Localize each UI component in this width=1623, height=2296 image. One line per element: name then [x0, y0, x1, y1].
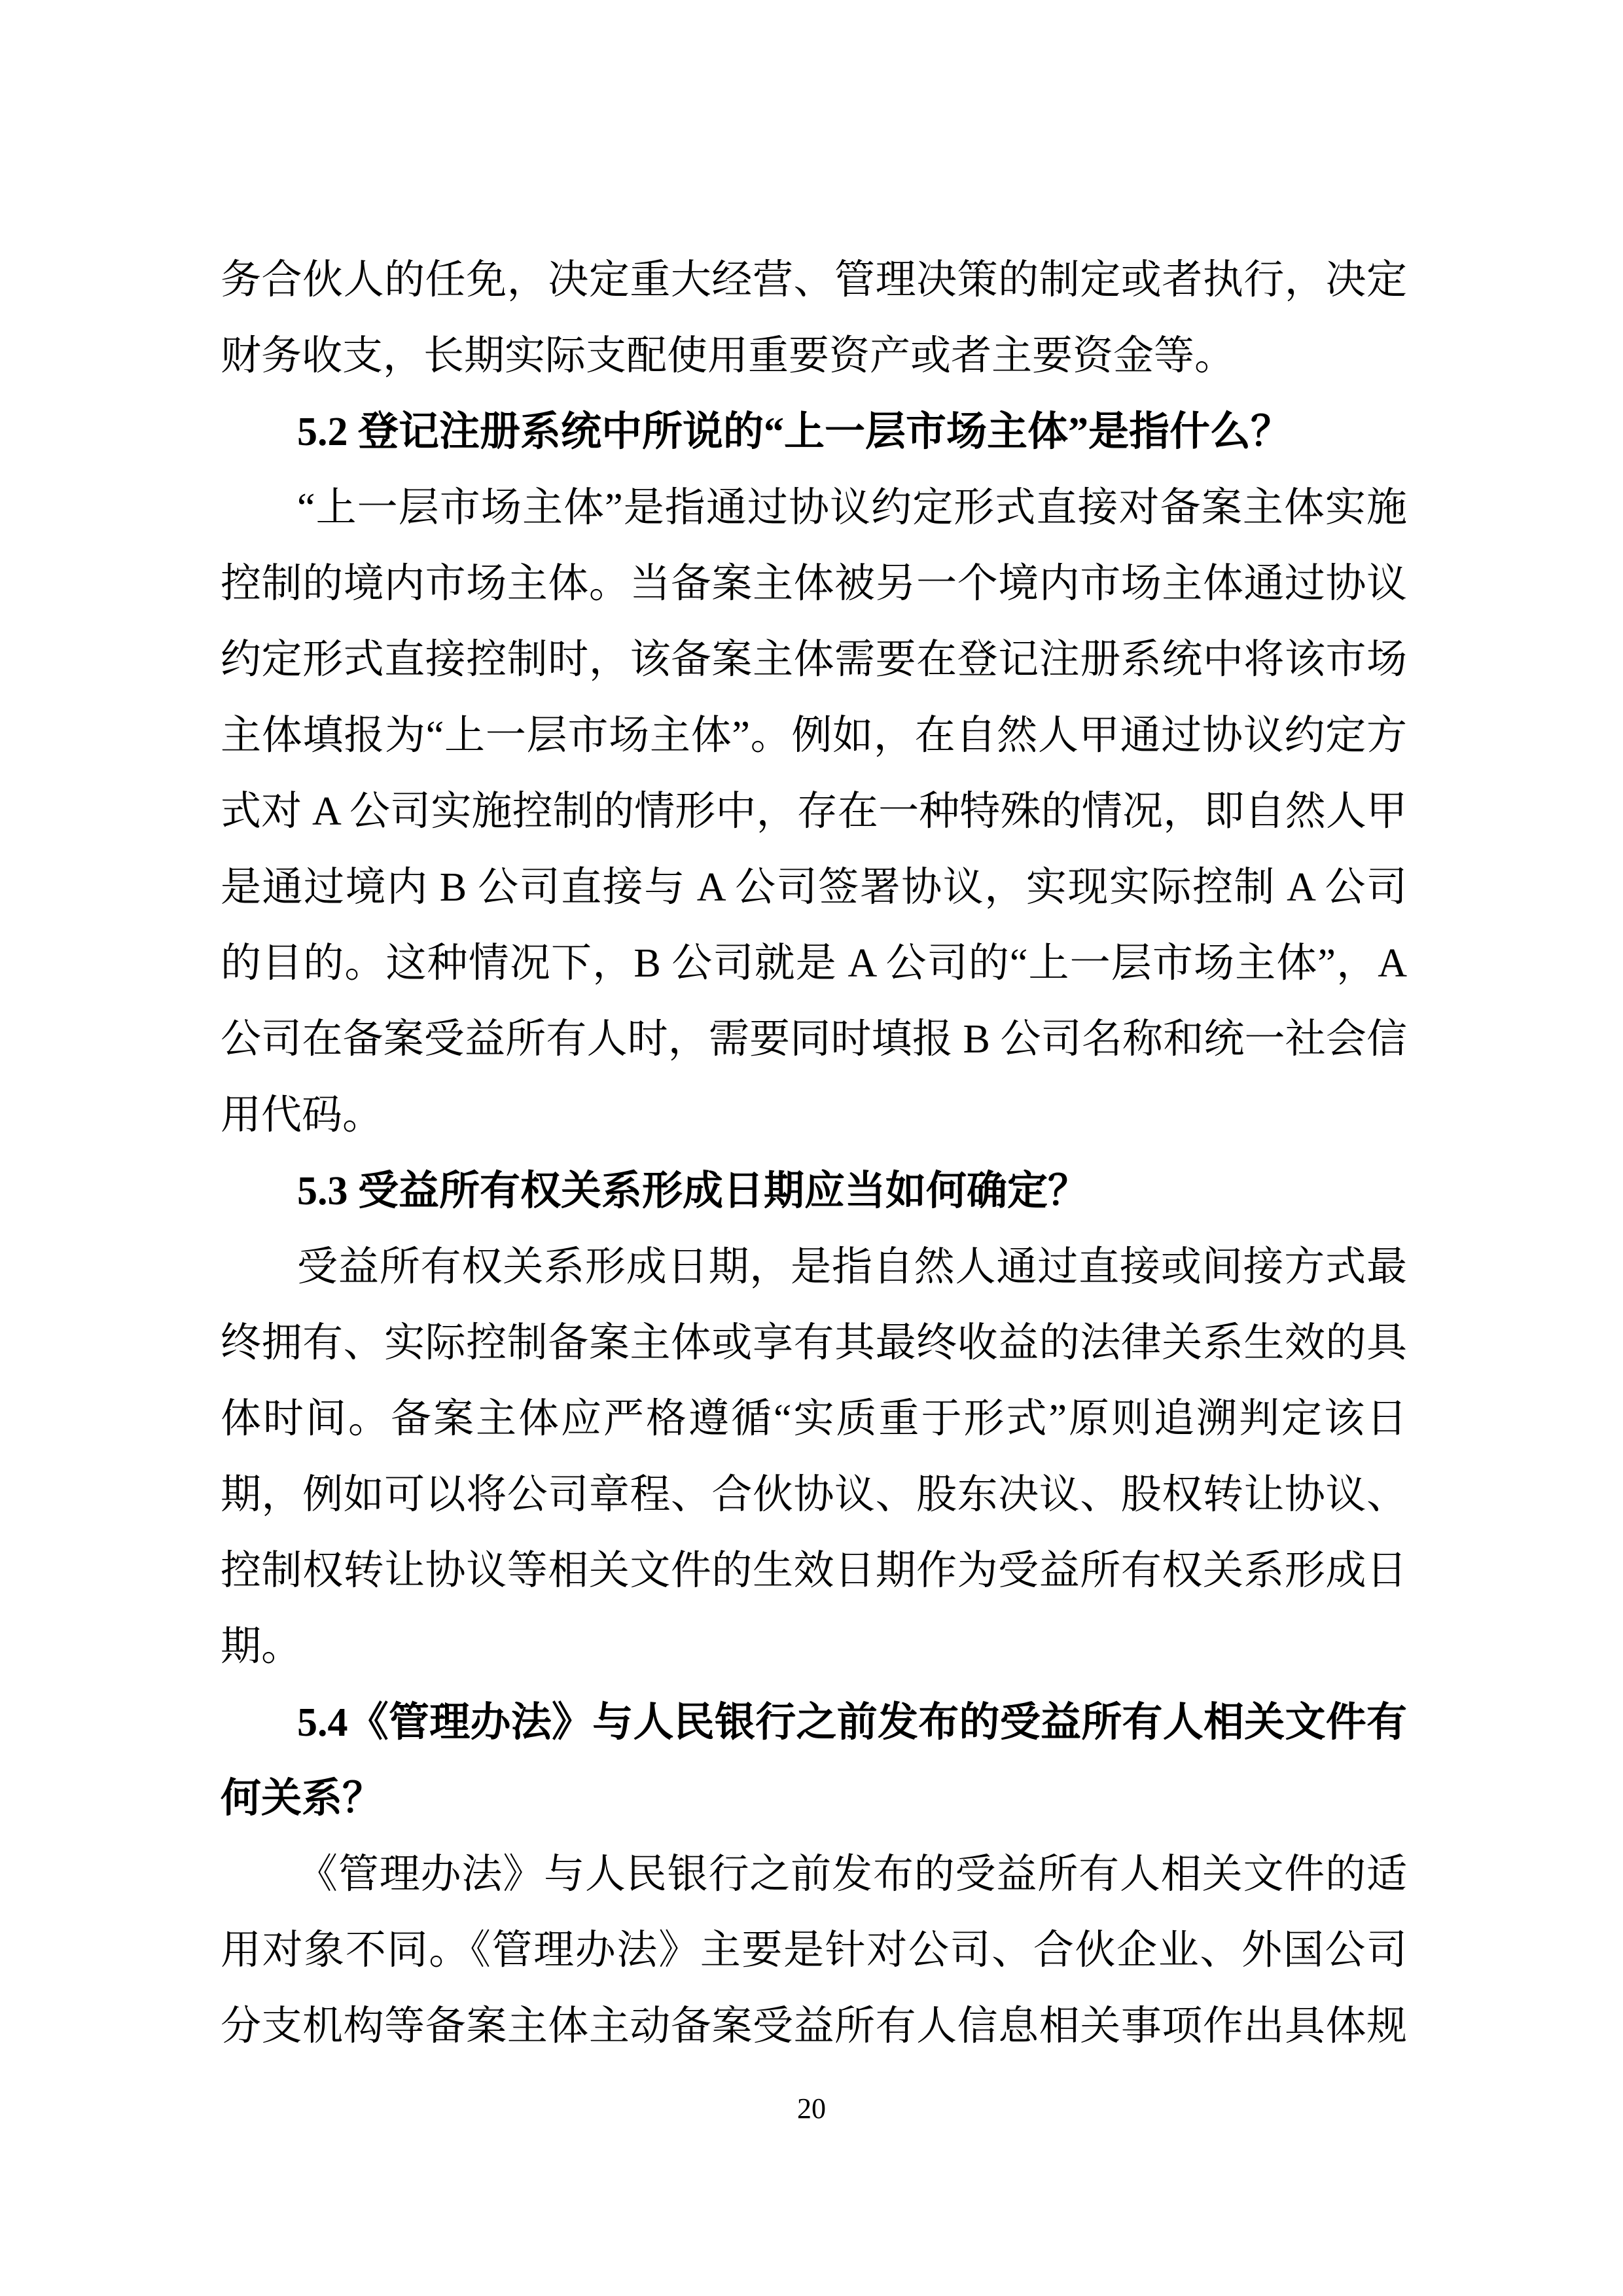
body-line: 约定形式直接控制时，该备案主体需要在登记注册系统中将该市场 — [221, 622, 1407, 698]
body-line: 是通过境内 B 公司直接与 A 公司签署协议，实现实际控制 A 公司 — [221, 850, 1407, 925]
body-line: 财务收支，长期实际支配使用重要资产或者主要资金等。 — [221, 318, 1407, 394]
body-line: 务合伙人的任免，决定重大经营、管理决策的制定或者执行，决定 — [221, 242, 1407, 318]
body-line: 控制权转让协议等相关文件的生效日期作为受益所有权关系形成日 — [221, 1533, 1407, 1609]
body-line: 用代码。 — [221, 1077, 1407, 1153]
heading-5-4-line2: 何关系？ — [221, 1761, 1407, 1837]
document-page: 务合伙人的任免，决定重大经营、管理决策的制定或者执行，决定 财务收支，长期实际支… — [0, 0, 1623, 2296]
body-line: 主体填报为“上一层市场主体”。例如，在自然人甲通过协议约定方 — [221, 698, 1407, 774]
body-line: 公司在备案受益所有人时，需要同时填报 B 公司名称和统一社会信 — [221, 1001, 1407, 1077]
body-line: 用对象不同。《管理办法》主要是针对公司、合伙企业、外国公司 — [221, 1912, 1407, 1988]
body-line: 《管理办法》与人民银行之前发布的受益所有人相关文件的适 — [221, 1837, 1407, 1912]
body-line: 终拥有、实际控制备案主体或享有其最终收益的法律关系生效的具 — [221, 1305, 1407, 1381]
heading-5-3: 5.3 受益所有权关系形成日期应当如何确定？ — [221, 1153, 1407, 1229]
body-line: 控制的境内市场主体。当备案主体被另一个境内市场主体通过协议 — [221, 546, 1407, 622]
heading-5-4-line1: 5.4《管理办法》与人民银行之前发布的受益所有人相关文件有 — [221, 1685, 1407, 1761]
heading-5-2: 5.2 登记注册系统中所说的“上一层市场主体”是指什么？ — [221, 394, 1407, 470]
document-body: 务合伙人的任免，决定重大经营、管理决策的制定或者执行，决定 财务收支，长期实际支… — [221, 242, 1407, 2064]
body-line: 体时间。备案主体应严格遵循“实质重于形式”原则追溯判定该日 — [221, 1381, 1407, 1457]
body-line: 的目的。这种情况下，B 公司就是 A 公司的“上一层市场主体”，A — [221, 925, 1407, 1001]
body-line: 期。 — [221, 1609, 1407, 1685]
page-number: 20 — [0, 2092, 1623, 2126]
body-line: “上一层市场主体”是指通过协议约定形式直接对备案主体实施 — [221, 470, 1407, 546]
body-line: 受益所有权关系形成日期，是指自然人通过直接或间接方式最 — [221, 1229, 1407, 1305]
body-line: 式对 A 公司实施控制的情形中，存在一种特殊的情况，即自然人甲 — [221, 774, 1407, 850]
body-line: 分支机构等备案主体主动备案受益所有人信息相关事项作出具体规 — [221, 1988, 1407, 2064]
body-line: 期，例如可以将公司章程、合伙协议、股东决议、股权转让协议、 — [221, 1457, 1407, 1533]
